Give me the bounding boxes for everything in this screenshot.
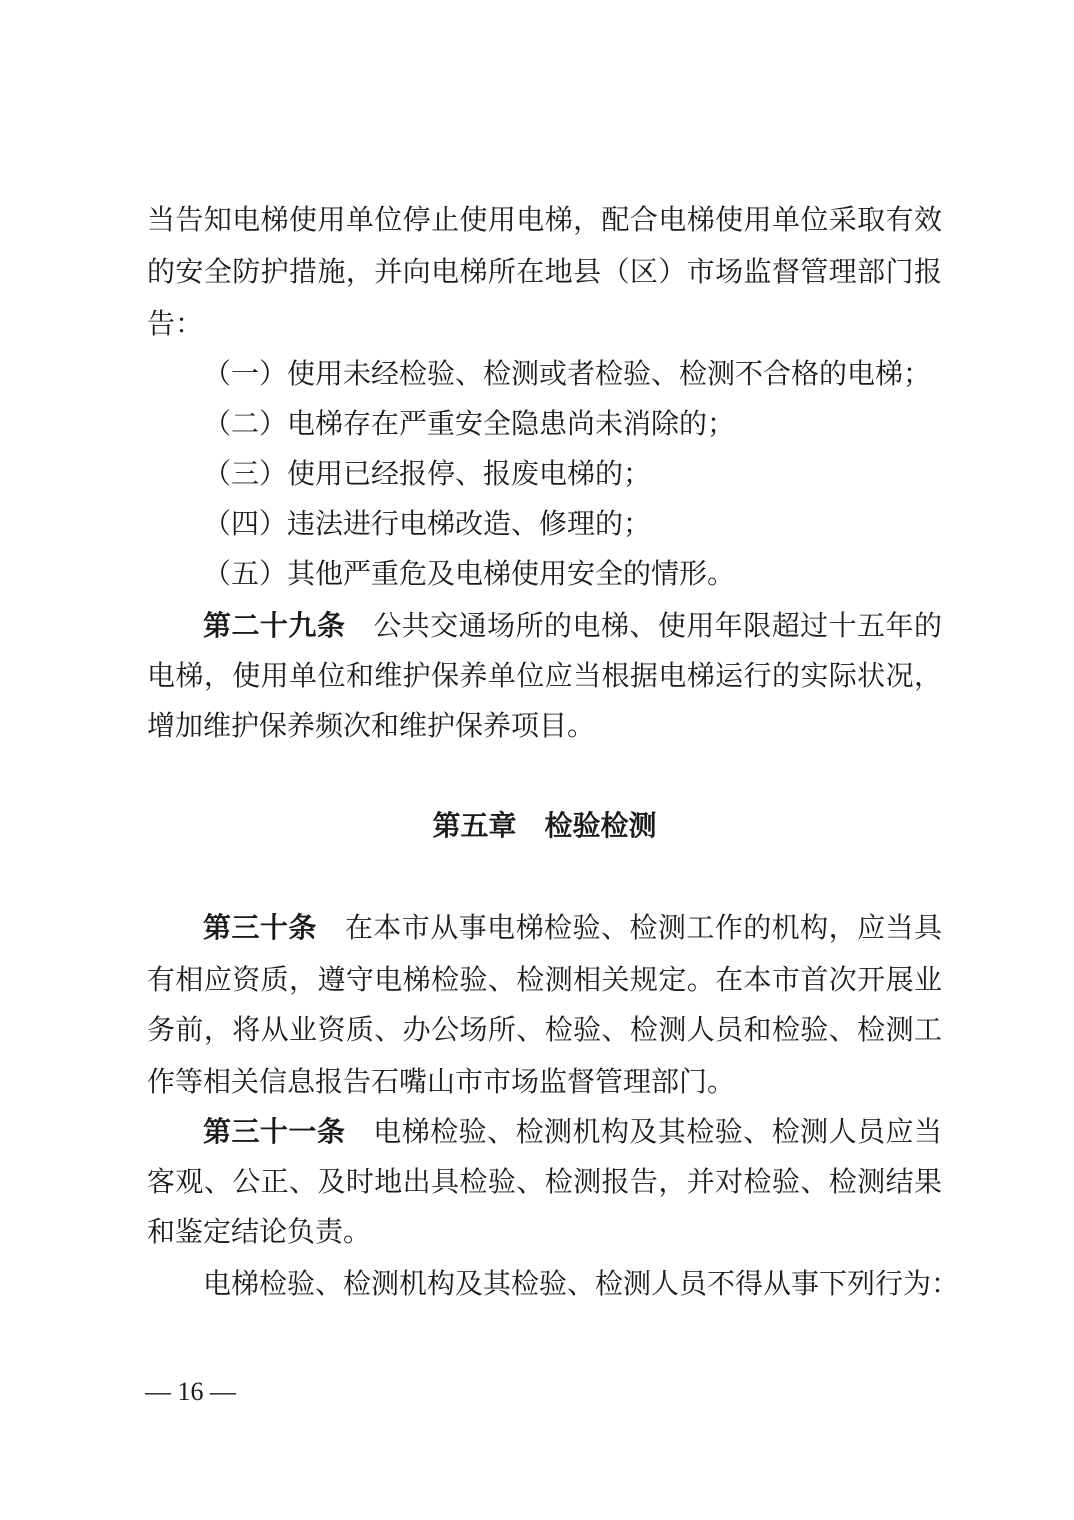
page-number: — 16 — [145, 1374, 236, 1410]
paragraph-line: 有相应资质，遵守电梯检验、检测相关规定。在本市首次开展业 [147, 960, 942, 1000]
paragraph-line: 客观、公正、及时地出具检验、检测报告，并对检验、检测结果 [147, 1162, 942, 1202]
list-item: （五）其他严重危及电梯使用安全的情形。 [147, 554, 942, 594]
list-item: （三）使用已经报停、报废电梯的； [147, 454, 942, 494]
paragraph-line: 和鉴定结论负责。 [147, 1212, 942, 1252]
paragraph-line: 告： [147, 304, 942, 344]
chapter-title: 检验检测 [545, 809, 657, 842]
list-item: （二）电梯存在严重安全隐患尚未消除的； [147, 404, 942, 444]
paragraph-line: 电梯，使用单位和维护保养单位应当根据电梯运行的实际状况， [147, 656, 942, 696]
article-text: 公共交通场所的电梯、使用年限超过十五年的 [373, 609, 942, 642]
chapter-heading: 第五章检验检测 [147, 806, 942, 846]
paragraph-line: 增加维护保养频次和维护保养项目。 [147, 706, 942, 746]
article-text: 电梯检验、检测机构及其检验、检测人员应当 [373, 1115, 942, 1148]
list-item: （一）使用未经检验、检测或者检验、检测不合格的电梯； [147, 354, 942, 394]
article-label: 第三十一条 [203, 1115, 345, 1148]
article-text: 在本市从事电梯检验、检测工作的机构，应当具 [345, 911, 942, 944]
list-item: （四）违法进行电梯改造、修理的； [147, 504, 942, 544]
article-label: 第三十条 [203, 911, 317, 944]
paragraph-line: 作等相关信息报告石嘴山市市场监督管理部门。 [147, 1062, 942, 1102]
article-31-first-line: 第三十一条电梯检验、检测机构及其检验、检测人员应当 [147, 1112, 942, 1152]
paragraph-line: 务前，将从业资质、办公场所、检验、检测人员和检验、检测工 [147, 1010, 942, 1050]
article-30-first-line: 第三十条在本市从事电梯检验、检测工作的机构，应当具 [147, 908, 942, 948]
paragraph-line: 电梯检验、检测机构及其检验、检测人员不得从事下列行为： [147, 1264, 942, 1304]
article-29-first-line: 第二十九条公共交通场所的电梯、使用年限超过十五年的 [147, 606, 942, 646]
chapter-number: 第五章 [432, 809, 516, 842]
paragraph-line: 当告知电梯使用单位停止使用电梯，配合电梯使用单位采取有效 [147, 200, 942, 240]
article-label: 第二十九条 [203, 609, 345, 642]
paragraph-line: 的安全防护措施，并向电梯所在地县（区）市场监督管理部门报 [147, 252, 942, 292]
